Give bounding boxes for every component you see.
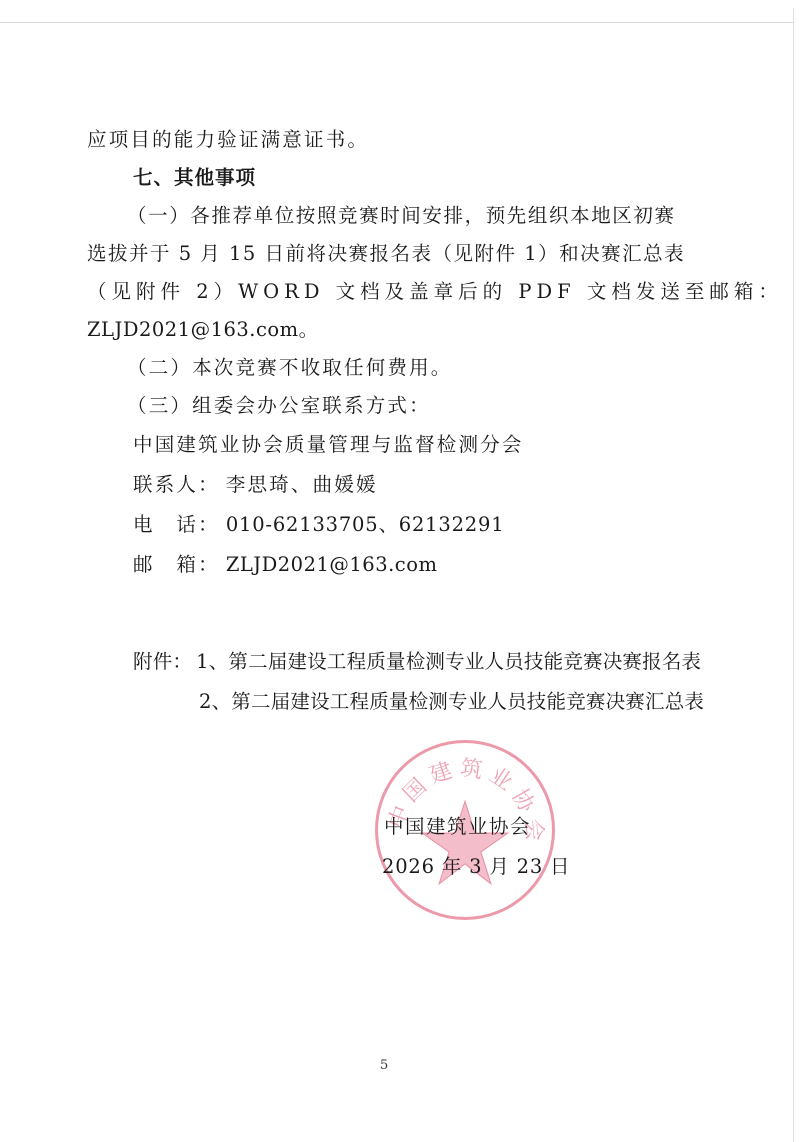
scan-right-edge — [793, 8, 794, 1142]
organization-name: 中国建筑业协会质量管理与监督检测分会 — [133, 433, 524, 457]
contact-label: 联系人： — [133, 473, 220, 496]
paragraph-2: （二）本次竞赛不收取任何费用。 — [127, 356, 453, 380]
contact-row: 联系人：李思琦、曲媛媛 — [133, 473, 378, 497]
section-heading: 七、其他事项 — [133, 166, 256, 190]
attachments-label: 附件： — [133, 650, 192, 673]
phone-value: 010-62133705、62132291 — [226, 513, 505, 536]
signature-date: 2026 年 3 月 23 日 — [382, 855, 570, 879]
paragraph-1-line-1: （一）各推荐单位按照竞赛时间安排，预先组织本地区初赛 — [127, 204, 676, 228]
paragraph-1-line-2: 选拔并于 5 月 15 日前将决赛报名表（见附件 1）和决赛汇总表 — [87, 242, 685, 266]
paragraph-1-email: ZLJD2021@163.com。 — [87, 318, 319, 342]
attachments-row-1: 附件：1、第二届建设工程质量检测专业人员技能竞赛决赛报名表 — [133, 650, 701, 674]
phone-label: 电 话： — [133, 513, 220, 536]
page-number: 5 — [380, 1058, 388, 1073]
attachment-item-1: 1、第二届建设工程质量检测专业人员技能竞赛决赛报名表 — [196, 650, 701, 673]
paragraph-3: （三）组委会办公室联系方式： — [127, 394, 431, 418]
email-value: ZLJD2021@163.com — [226, 553, 438, 576]
attachment-item-2: 2、第二届建设工程质量检测专业人员技能竞赛决赛汇总表 — [199, 690, 704, 714]
contact-value: 李思琦、曲媛媛 — [226, 473, 378, 496]
scan-top-line — [0, 22, 793, 23]
paragraph-1-line-3: （见附件 2）WORD 文档及盖章后的 PDF 文档发送至邮箱： — [87, 280, 783, 304]
email-row: 邮 箱：ZLJD2021@163.com — [133, 553, 437, 577]
body-line-continuation: 应项目的能力验证满意证书。 — [87, 128, 369, 152]
signature-organization: 中国建筑业协会 — [384, 815, 531, 839]
email-label: 邮 箱： — [133, 553, 220, 576]
phone-row: 电 话：010-62133705、62132291 — [133, 513, 504, 537]
